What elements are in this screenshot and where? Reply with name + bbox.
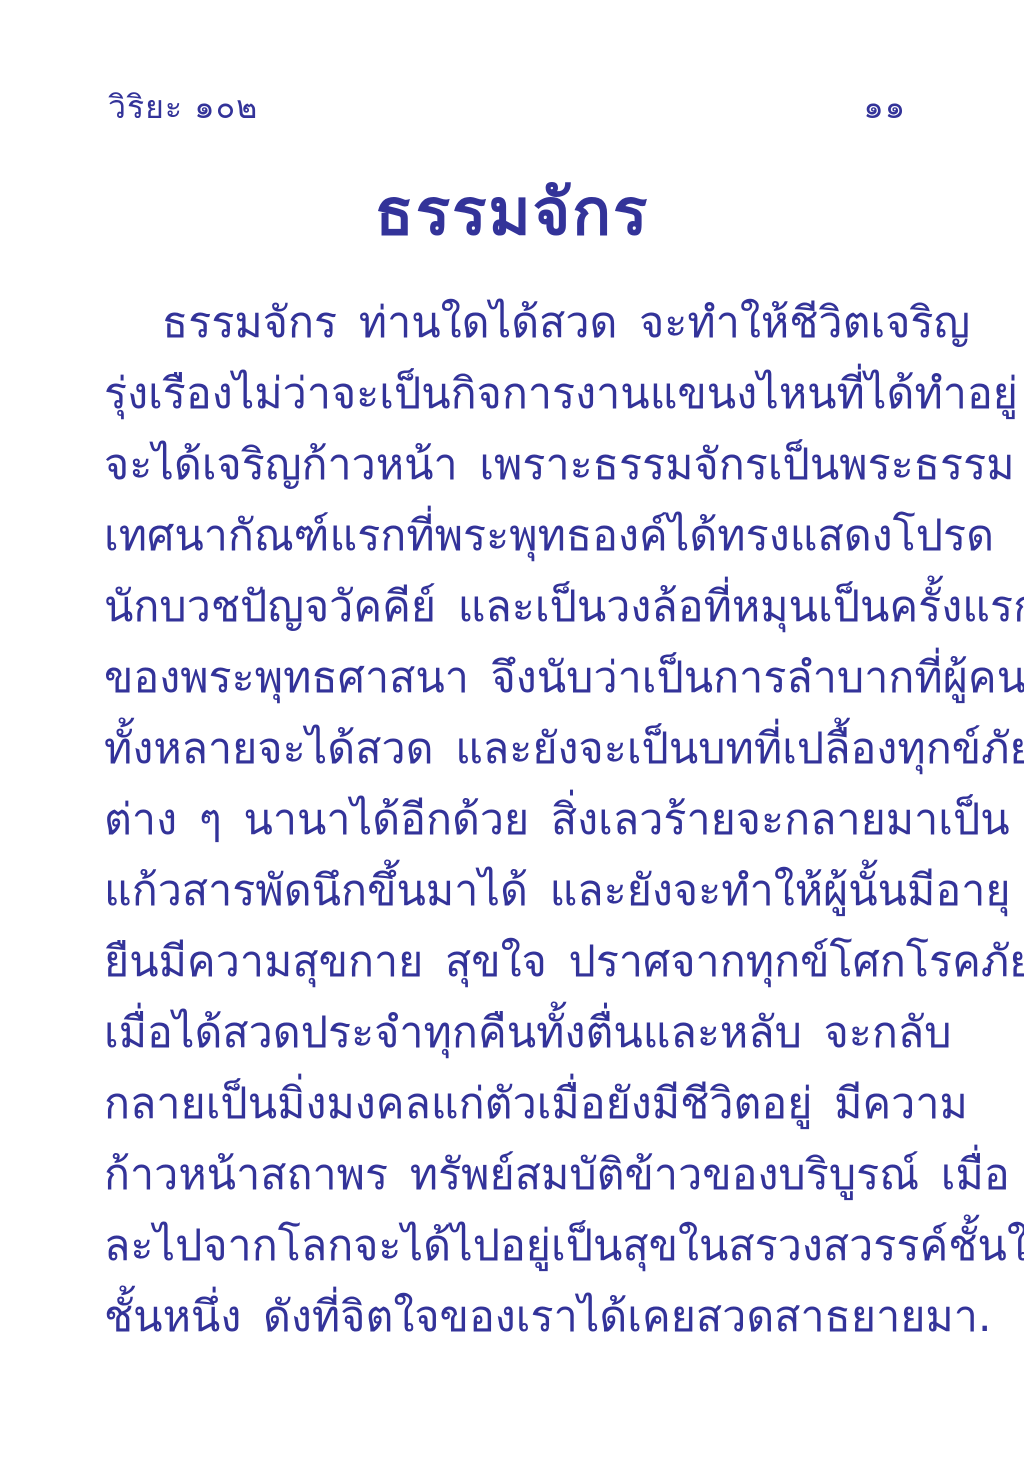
body-line: ทั้งหลายจะได้สวด และยังจะเป็นบทที่เปลื้อ… bbox=[104, 714, 924, 785]
document-title: ธรรมจักร bbox=[0, 172, 1024, 255]
body-line: ก้าวหน้าสถาพร ทรัพย์สมบัติข้าวของบริบูรณ… bbox=[104, 1140, 924, 1211]
body-line: ของพระพุทธศาสนา จึงนับว่าเป็นการลำบากที่… bbox=[104, 643, 924, 714]
body-line: นักบวชปัญจวัคคีย์ และเป็นวงล้อที่หมุนเป็… bbox=[104, 572, 924, 643]
body-line: รุ่งเรืองไม่ว่าจะเป็นกิจการงานแขนงไหนที่… bbox=[104, 359, 924, 430]
body-line: เทศนากัณฑ์แรกที่พระพุทธองค์ได้ทรงแสดงโปร… bbox=[104, 501, 924, 572]
body-line: ชั้นหนึ่ง ดังที่จิตใจของเราได้เคยสวดสาธย… bbox=[104, 1282, 924, 1353]
body-line: ต่าง ๆ นานาได้อีกด้วย สิ่งเลวร้ายจะกลายม… bbox=[104, 785, 924, 856]
body-line: ยืนมีความสุขกาย สุขใจ ปราศจากทุกข์โศกโรค… bbox=[104, 927, 924, 998]
body-line: จะได้เจริญก้าวหน้า เพราะธรรมจักรเป็นพระธ… bbox=[104, 430, 924, 501]
document-page: วิริยะ ๑๐๒ ๑๑ ธรรมจักร ธรรมจักร ท่านใดได… bbox=[0, 0, 1024, 1457]
body-line: แก้วสารพัดนึกขึ้นมาได้ และยังจะทำให้ผู้น… bbox=[104, 856, 924, 927]
body-line: กลายเป็นมิ่งมงคลแก่ตัวเมื่อยังมีชีวิตอยู… bbox=[104, 1069, 924, 1140]
header-running-title: วิริยะ ๑๐๒ bbox=[108, 88, 258, 126]
body-line: ธรรมจักร ท่านใดได้สวด จะทำให้ชีวิตเจริญ bbox=[104, 288, 924, 359]
body-paragraph: ธรรมจักร ท่านใดได้สวด จะทำให้ชีวิตเจริญ … bbox=[104, 288, 924, 1353]
page-header: วิริยะ ๑๐๒ ๑๑ bbox=[108, 88, 906, 126]
page-number: ๑๑ bbox=[863, 88, 906, 126]
body-line: ละไปจากโลกจะได้ไปอยู่เป็นสุขในสรวงสวรรค์… bbox=[104, 1211, 924, 1282]
body-line: เมื่อได้สวดประจำทุกคืนทั้งตื่นและหลับ จะ… bbox=[104, 998, 924, 1069]
